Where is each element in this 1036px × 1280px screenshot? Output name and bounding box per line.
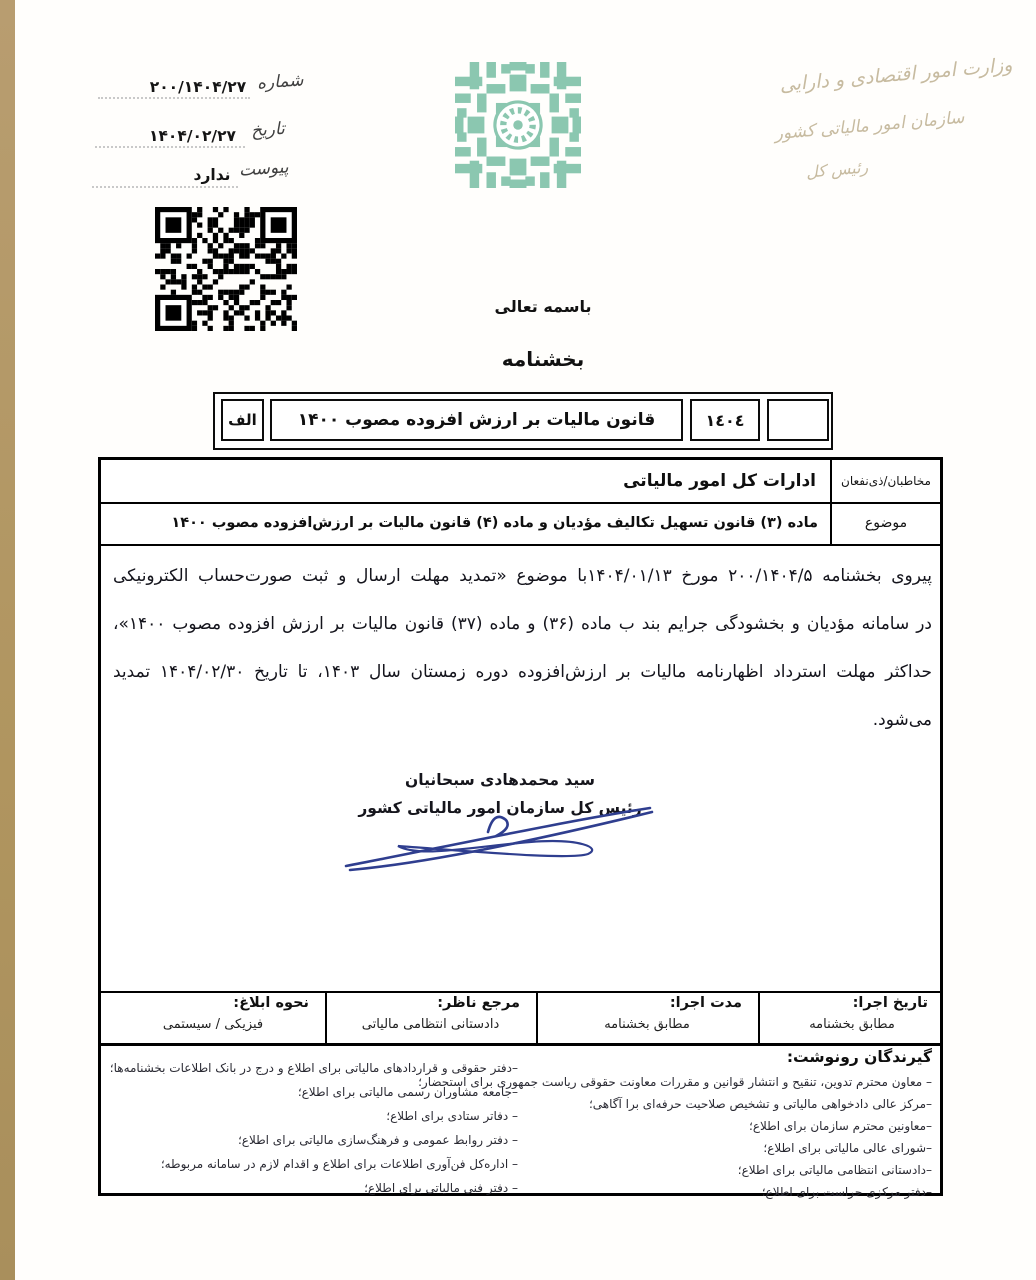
date-value: ۱۴۰۴/۰۲/۲۷ [140, 127, 245, 145]
delivery-method-label: نحوه ابلاغ: [103, 995, 317, 1011]
exec-date-label: تاریخ اجرا: [760, 995, 936, 1011]
attachment-value: ندارد [182, 166, 242, 184]
attachment-label: پیوست [238, 157, 289, 180]
cc-left-item: – دفتر روابط عمومی و فرهنگ‌سازی مالیاتی … [113, 1132, 518, 1148]
date-dotted-line [95, 146, 245, 148]
subject-label: موضوع [832, 502, 940, 544]
number-label: شماره [256, 70, 304, 93]
subject-value: ماده (۳) قانون تسهیل تکالیف مؤدیان و ماد… [101, 502, 830, 544]
exec-duration-value: مطابق بخشنامه [538, 1017, 756, 1032]
basmala-heading: باسمه تعالی [393, 297, 693, 316]
audience-label: مخاطبان/ذی‌نفعان [832, 460, 940, 502]
cc-left-item: –جامعه مشاوران رسمی مالیاتی برای اطلاع؛ [113, 1084, 518, 1100]
classification-letter-box: الف [221, 399, 264, 441]
scanned-circular-page: شماره ۲۰۰/۱۴۰۴/۲۷ تاریخ ۱۴۰۴/۰۲/۲۷ پیوست… [0, 0, 1036, 1280]
classification-row: الف قانون مالیات بر ارزش افزوده مصوب ۱۴۰… [213, 392, 833, 450]
cc-left-item: – اداره‌کل فن‌آوری اطلاعات برای اطلاع و … [113, 1156, 518, 1172]
exec-duration-label: مدت اجرا: [538, 995, 750, 1011]
qr-code [155, 207, 297, 331]
date-label: تاریخ [250, 119, 285, 141]
overseer-value: دادستانی انتظامی مالیاتی [327, 1017, 534, 1032]
classification-empty-box [767, 399, 829, 441]
cc-section-top-border [101, 1043, 940, 1046]
classification-year-box: ١٤٠٤ [690, 399, 760, 441]
cc-header: گیرندگان رونوشت: [787, 1048, 932, 1066]
audience-value: ادارات کل امور مالیاتی [101, 460, 830, 502]
document-type-heading: بخشنامه [393, 347, 693, 371]
cc-left-item: – دفتر فنی مالیاتی برای اطلاع؛ [113, 1180, 518, 1196]
cc-left-item: –دفتر حقوقی و قراردادهای مالیاتی برای اط… [113, 1060, 518, 1076]
exec-date-value: مطابق بخشنامه [760, 1017, 944, 1032]
number-dotted-line [98, 97, 250, 99]
body-line-3: حداکثر مهلت استرداد اظهارنامه مالیات بر … [113, 648, 932, 696]
row-divider-2 [101, 544, 940, 546]
attachment-dotted-line [92, 186, 238, 188]
delivery-method-value: فیزیکی / سیستمی [103, 1017, 323, 1032]
classification-title-box: قانون مالیات بر ارزش افزوده مصوب ۱۴۰۰ [270, 399, 683, 441]
body-line-1: پیروی بخشنامه ۲۰۰/۱۴۰۴/۵ مورخ ۱۴۰۴/۰۱/۱۳… [113, 552, 932, 600]
body-paragraph: پیروی بخشنامه ۲۰۰/۱۴۰۴/۵ مورخ ۱۴۰۴/۰۱/۱۳… [113, 552, 932, 744]
tax-organization-logo-icon [452, 62, 584, 188]
overseer-label: مرجع ناظر: [327, 995, 528, 1011]
cc-left-item: – دفاتر ستادی برای اطلاع؛ [113, 1108, 518, 1124]
body-line-2: در سامانه مؤدیان و بخشودگی جرایم بند ب م… [113, 600, 932, 648]
handwritten-signature [340, 788, 660, 888]
body-line-4: می‌شود. [113, 696, 932, 744]
cc-left-column: –دفتر حقوقی و قراردادهای مالیاتی برای اط… [113, 1060, 518, 1204]
info-row-top-border [101, 991, 940, 993]
number-value: ۲۰۰/۱۴۰۴/۲۷ [142, 78, 254, 96]
